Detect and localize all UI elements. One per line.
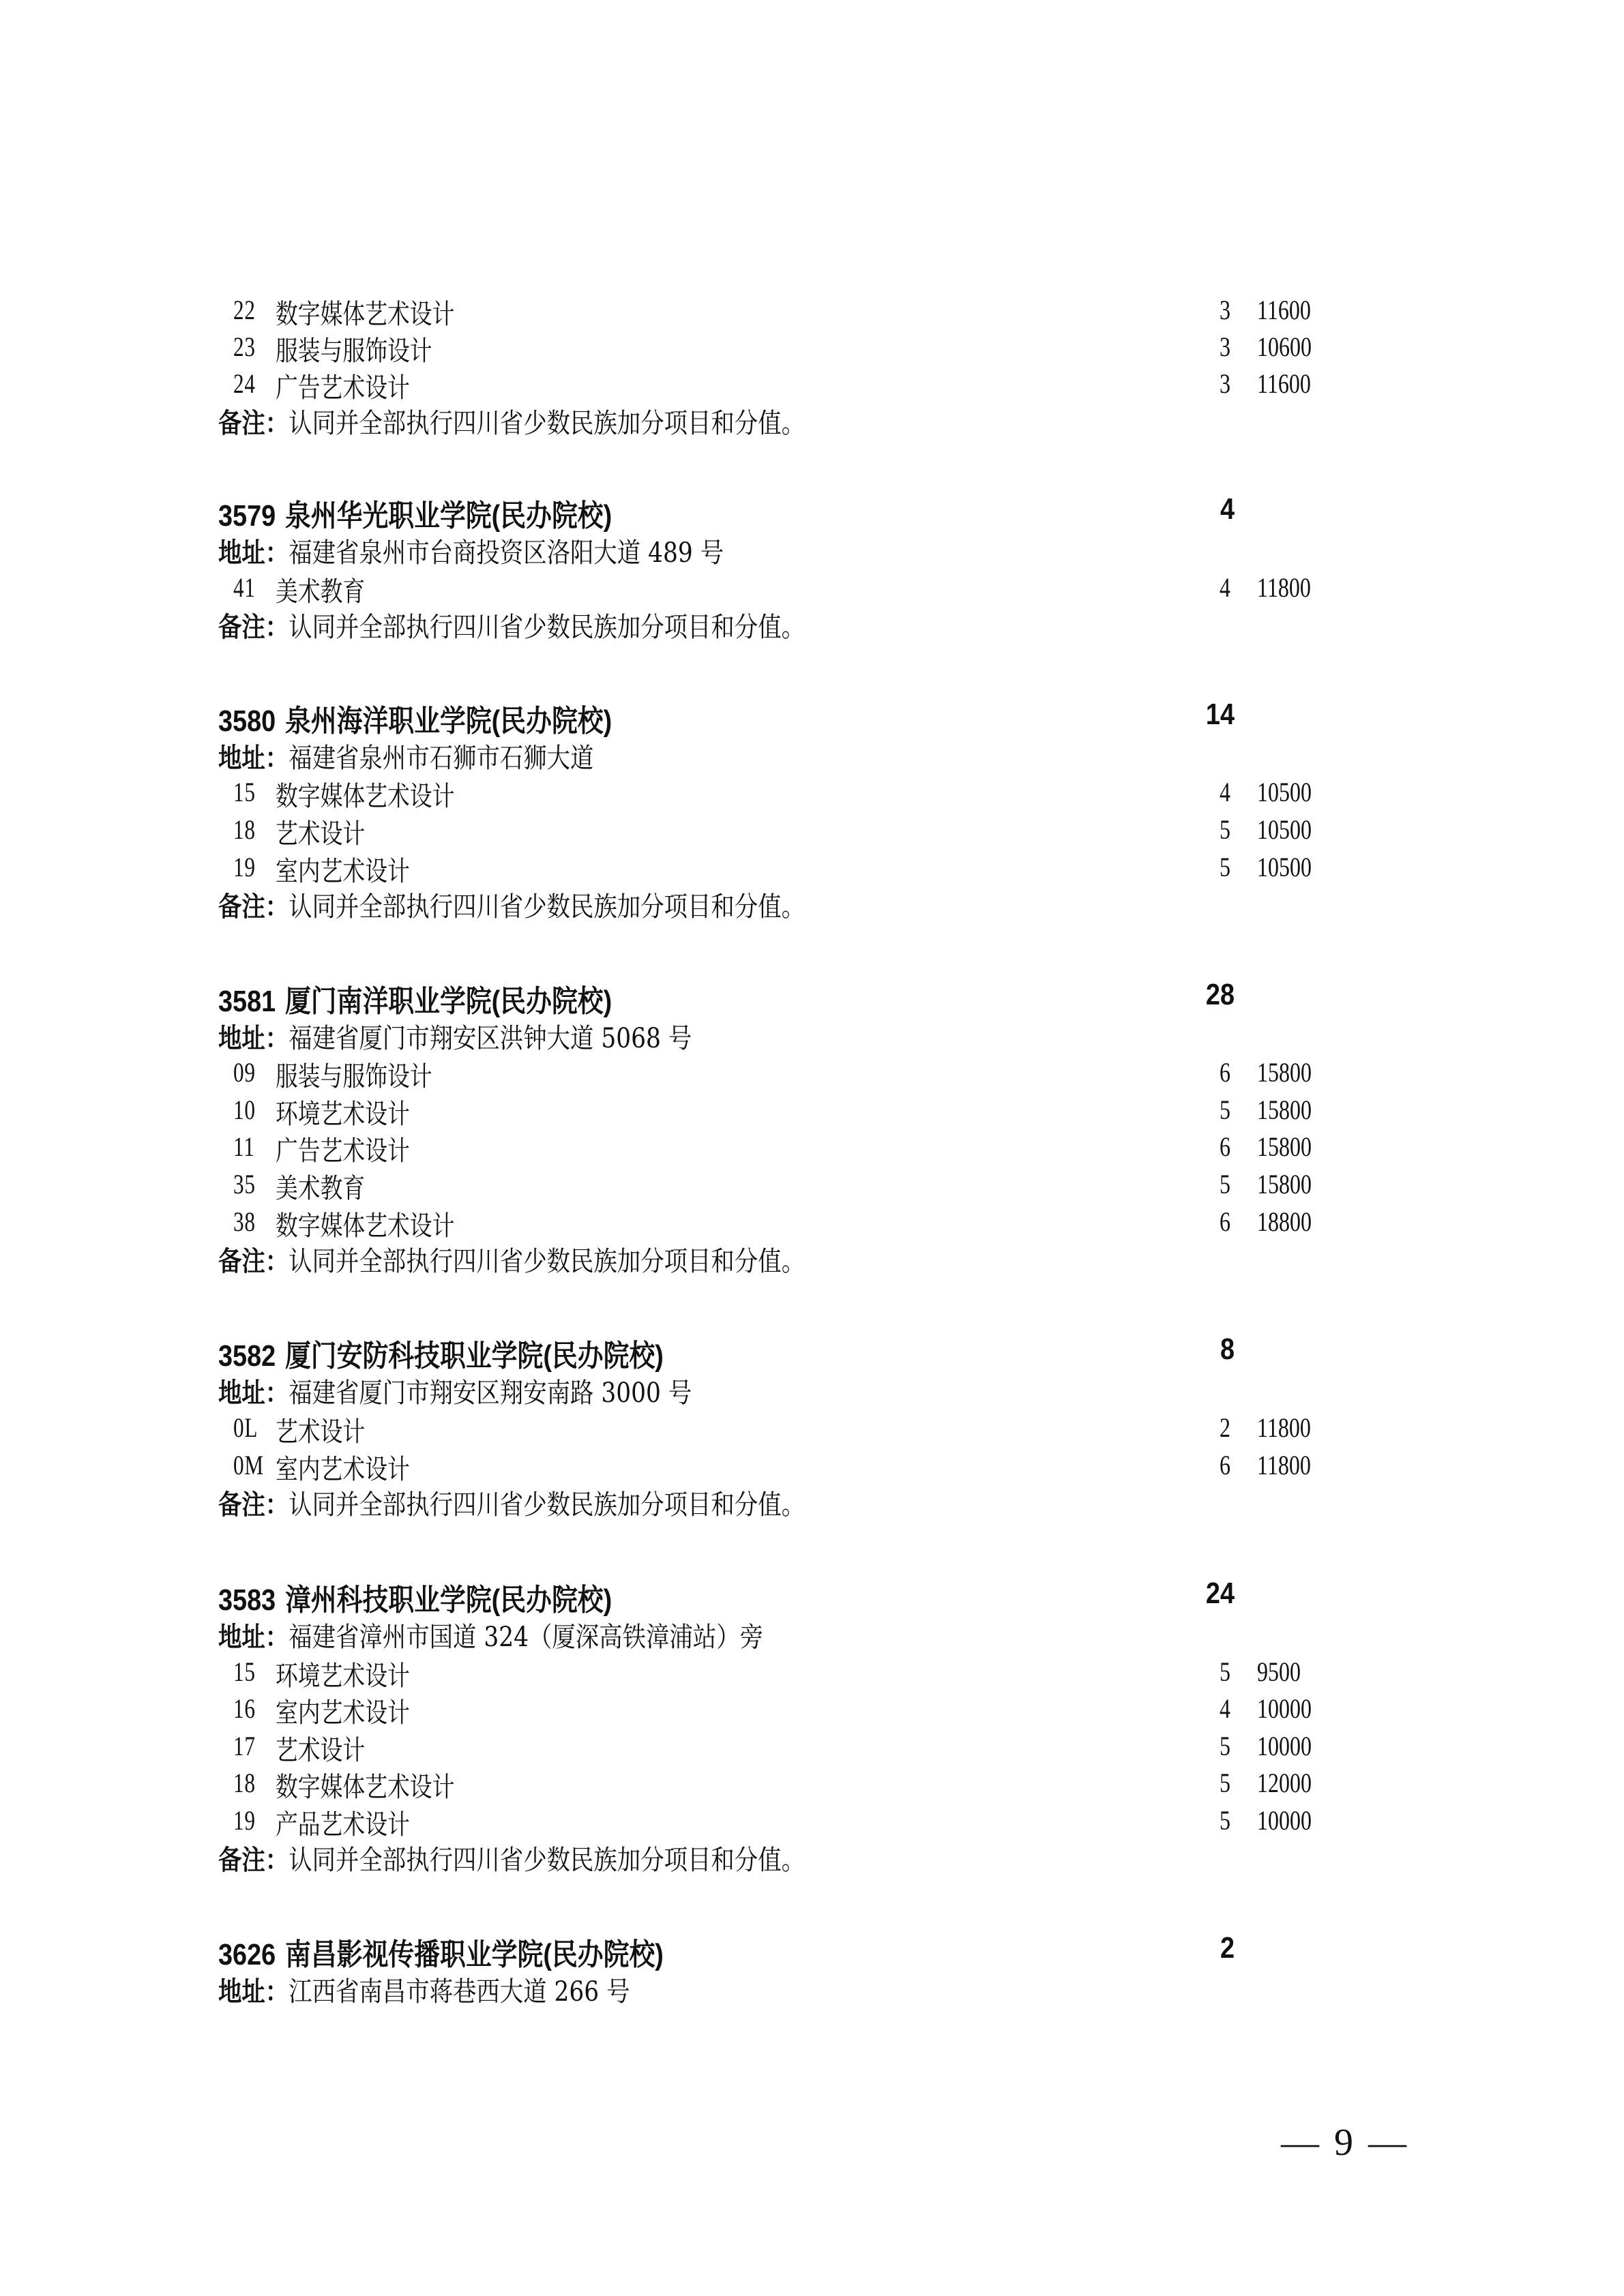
remark-label: 备注： [218,408,289,439]
major-count: 2 [1211,1412,1230,1444]
remark-text: 认同并全部执行四川省少数民族加分项目和分值。 [289,1489,805,1521]
major-code: 10 [233,1094,256,1126]
address-text: 福建省厦门市翔安区洪钟大道 5068 号 [289,1023,692,1054]
address-row: 地址：福建省厦门市翔安区翔安南路 3000 号 [0,1370,1624,1407]
major-name: 室内艺术设计 [276,1691,410,1730]
major-fee: 11600 [1257,368,1311,400]
school-name: 南昌影视传播职业学院(民办院校) [285,1938,664,1971]
major-code: 38 [233,1206,256,1238]
major-row: 22 数字媒体艺术设计 3 11600 [0,290,1624,327]
major-name: 美术教育 [276,1167,365,1206]
school-title: 3579泉州华光职业学院(民办院校) [218,491,612,535]
major-count: 5 [1211,1767,1230,1799]
remark-label: 备注： [218,1489,289,1521]
remark-label: 备注： [218,891,289,923]
school-name: 漳州科技职业学院(民办院校) [285,1583,612,1617]
school-title: 3583漳州科技职业学院(民办院校) [218,1575,612,1619]
remark-text: 认同并全部执行四川省少数民族加分项目和分值。 [289,612,805,643]
major-row: 23 服装与服饰设计 3 10600 [0,327,1624,363]
major-code: 18 [233,814,256,846]
major-code: 19 [233,1804,256,1836]
remark-text: 认同并全部执行四川省少数民族加分项目和分值。 [289,1845,805,1876]
major-row: 19 室内艺术设计 5 10500 [0,847,1624,884]
major-name: 数字媒体艺术设计 [276,775,454,814]
address: 地址：福建省漳州市国道 324（厦深高铁漳浦站）旁 [218,1615,763,1654]
major-name: 艺术设计 [276,812,365,851]
major-fee: 12000 [1257,1767,1312,1799]
address-label: 地址： [218,1023,289,1054]
remark: 备注：认同并全部执行四川省少数民族加分项目和分值。 [218,606,805,644]
major-row: 41 美术教育 4 11800 [0,567,1624,604]
major-count: 6 [1211,1206,1230,1238]
school-title: 3581厦门南洋职业学院(民办院校) [218,976,612,1020]
address-text: 江西省南昌市蒋巷西大道 266 号 [289,1976,630,2008]
remark-label: 备注： [218,1246,289,1277]
major-row: 11 广告艺术设计 6 15800 [0,1127,1624,1163]
major-count: 3 [1211,331,1230,363]
major-code: 15 [233,1656,256,1688]
major-row: 0L 艺术设计 2 11800 [0,1407,1624,1444]
major-row: 19 产品艺术设计 5 10000 [0,1800,1624,1837]
major-code: 15 [233,776,256,808]
remark-text: 认同并全部执行四川省少数民族加分项目和分值。 [289,891,805,923]
remark-text: 认同并全部执行四川省少数民族加分项目和分值。 [289,1246,805,1277]
major-fee: 10000 [1257,1804,1312,1836]
major-code: 16 [233,1693,256,1725]
school-title: 3582厦门安防科技职业学院(民办院校) [218,1331,664,1375]
school-code: 3626 [218,1938,276,1971]
major-fee: 15800 [1257,1168,1312,1200]
school-total: 2 [1182,1931,1235,1965]
major-name: 产品艺术设计 [276,1803,410,1842]
address-label: 地址： [218,1377,289,1409]
page-number: — 9 — [1281,2121,1409,2164]
school-name: 厦门安防科技职业学院(民办院校) [285,1339,664,1373]
major-name: 数字媒体艺术设计 [276,1204,454,1243]
address-text: 福建省漳州市国道 324（厦深高铁漳浦站）旁 [289,1622,763,1653]
major-row: 18 数字媒体艺术设计 5 12000 [0,1763,1624,1800]
remark: 备注：认同并全部执行四川省少数民族加分项目和分值。 [218,1240,805,1279]
remark-row: 备注：认同并全部执行四川省少数民族加分项目和分值。 [0,1837,1624,1874]
major-fee: 15800 [1257,1056,1312,1088]
remark-label: 备注： [218,612,289,643]
major-code: 19 [233,851,256,883]
major-fee: 15800 [1257,1131,1312,1163]
major-code: 18 [233,1767,256,1799]
major-name: 室内艺术设计 [276,1448,410,1487]
address: 地址：福建省泉州市石狮市石狮大道 [218,736,593,775]
major-code: 09 [233,1056,256,1088]
address-label: 地址： [218,743,289,774]
major-count: 4 [1211,776,1230,808]
major-row: 38 数字媒体艺术设计 6 18800 [0,1202,1624,1238]
major-code: 41 [233,571,256,603]
major-name: 艺术设计 [276,1729,365,1768]
remark: 备注：认同并全部执行四川省少数民族加分项目和分值。 [218,1838,805,1877]
major-code: 24 [233,368,256,400]
remark: 备注：认同并全部执行四川省少数民族加分项目和分值。 [218,885,805,924]
major-row: 24 广告艺术设计 3 11600 [0,363,1624,400]
major-name: 美术教育 [276,570,365,609]
major-count: 5 [1211,1804,1230,1836]
address-row: 地址：福建省泉州市台商投资区洛阳大道 489 号 [0,530,1624,567]
major-fee: 11600 [1257,294,1311,326]
major-name: 服装与服饰设计 [276,1055,432,1094]
major-name: 环境艺术设计 [276,1654,410,1693]
school-title: 3580泉州海洋职业学院(民办院校) [218,696,612,740]
school-header: 3626南昌影视传播职业学院(民办院校) 2 [0,1930,1624,1967]
major-row: 15 环境艺术设计 5 9500 [0,1652,1624,1688]
major-row: 0M 室内艺术设计 6 11800 [0,1445,1624,1482]
major-count: 3 [1211,294,1230,326]
address-row: 地址：福建省漳州市国道 324（厦深高铁漳浦站）旁 [0,1614,1624,1651]
major-row: 09 服装与服饰设计 6 15800 [0,1052,1624,1089]
major-code: 0L [233,1412,258,1444]
school-header: 3581厦门南洋职业学院(民办院校) 28 [0,976,1624,1013]
major-row: 10 环境艺术设计 5 15800 [0,1090,1624,1127]
school-name: 厦门南洋职业学院(民办院校) [285,985,612,1018]
major-count: 6 [1211,1449,1230,1481]
remark-text: 认同并全部执行四川省少数民族加分项目和分值。 [289,408,805,439]
school-header: 3582厦门安防科技职业学院(民办院校) 8 [0,1331,1624,1368]
school-name: 泉州海洋职业学院(民办院校) [285,704,612,738]
major-count: 3 [1211,368,1230,400]
major-name: 广告艺术设计 [276,1129,410,1168]
major-row: 17 艺术设计 5 10000 [0,1726,1624,1763]
major-code: 0M [233,1449,264,1481]
address: 地址：福建省泉州市台商投资区洛阳大道 489 号 [218,531,724,570]
major-fee: 18800 [1257,1206,1312,1238]
school-code: 3583 [218,1583,276,1617]
major-code: 22 [233,294,256,326]
major-count: 5 [1211,1730,1230,1762]
school-total: 8 [1182,1332,1235,1367]
school-code: 3581 [218,985,276,1018]
school-header: 3579泉州华光职业学院(民办院校) 4 [0,491,1624,528]
address-label: 地址： [218,1622,289,1653]
major-name: 数字媒体艺术设计 [276,1765,454,1804]
remark-row: 备注：认同并全部执行四川省少数民族加分项目和分值。 [0,604,1624,641]
address-text: 福建省泉州市石狮市石狮大道 [289,743,593,774]
school-total: 24 [1182,1577,1235,1611]
school-header: 3583漳州科技职业学院(民办院校) 24 [0,1575,1624,1612]
address: 地址：江西省南昌市蒋巷西大道 266 号 [218,1970,630,2009]
major-count: 4 [1211,571,1230,603]
school-code: 3580 [218,704,276,738]
major-code: 35 [233,1168,256,1200]
remark-row: 备注：认同并全部执行四川省少数民族加分项目和分值。 [0,400,1624,437]
major-fee: 15800 [1257,1094,1312,1126]
major-fee: 10500 [1257,851,1312,883]
remark-label: 备注： [218,1845,289,1876]
major-code: 23 [233,331,256,363]
school-code: 3582 [218,1339,276,1373]
major-row: 18 艺术设计 5 10500 [0,809,1624,846]
school-total: 14 [1182,698,1235,732]
address-label: 地址： [218,537,289,569]
address: 地址：福建省厦门市翔安区洪钟大道 5068 号 [218,1017,692,1056]
major-count: 5 [1211,1094,1230,1126]
major-row: 15 数字媒体艺术设计 4 10500 [0,772,1624,809]
major-fee: 10600 [1257,331,1312,363]
remark: 备注：认同并全部执行四川省少数民族加分项目和分值。 [218,402,805,441]
major-count: 5 [1211,1168,1230,1200]
major-code: 17 [233,1730,256,1762]
remark-row: 备注：认同并全部执行四川省少数民族加分项目和分值。 [0,884,1624,921]
major-name: 广告艺术设计 [276,366,410,405]
school-name: 泉州华光职业学院(民办院校) [285,499,612,533]
major-name: 环境艺术设计 [276,1092,410,1131]
remark-row: 备注：认同并全部执行四川省少数民族加分项目和分值。 [0,1482,1624,1519]
major-fee: 11800 [1257,1412,1311,1444]
address: 地址：福建省厦门市翔安区翔安南路 3000 号 [218,1371,692,1410]
address-row: 地址：福建省厦门市翔安区洪钟大道 5068 号 [0,1015,1624,1052]
major-fee: 11800 [1257,1449,1311,1481]
address-text: 福建省厦门市翔安区翔安南路 3000 号 [289,1377,692,1409]
major-fee: 10500 [1257,776,1312,808]
major-fee: 10000 [1257,1693,1312,1725]
major-count: 5 [1211,814,1230,846]
remark: 备注：认同并全部执行四川省少数民族加分项目和分值。 [218,1483,805,1522]
school-total: 28 [1182,978,1235,1012]
school-header: 3580泉州海洋职业学院(民办院校) 14 [0,696,1624,733]
major-fee: 9500 [1257,1656,1301,1688]
address-text: 福建省泉州市台商投资区洛阳大道 489 号 [289,537,724,569]
major-fee: 10500 [1257,814,1312,846]
major-fee: 10000 [1257,1730,1312,1762]
major-count: 5 [1211,1656,1230,1688]
major-count: 4 [1211,1693,1230,1725]
address-row: 地址：江西省南昌市蒋巷西大道 266 号 [0,1969,1624,2006]
major-name: 数字媒体艺术设计 [276,293,454,331]
major-row: 16 室内艺术设计 4 10000 [0,1688,1624,1725]
major-name: 室内艺术设计 [276,850,410,889]
major-count: 6 [1211,1056,1230,1088]
school-title: 3626南昌影视传播职业学院(民办院校) [218,1930,664,1973]
major-count: 5 [1211,851,1230,883]
school-code: 3579 [218,499,276,533]
major-fee: 11800 [1257,571,1311,603]
major-name: 艺术设计 [276,1410,365,1449]
major-code: 11 [233,1131,255,1163]
major-row: 35 美术教育 5 15800 [0,1164,1624,1201]
major-name: 服装与服饰设计 [276,329,432,368]
remark-row: 备注：认同并全部执行四川省少数民族加分项目和分值。 [0,1238,1624,1275]
document-page: 22 数字媒体艺术设计 3 11600 23 服装与服饰设计 3 10600 2… [0,0,1624,2296]
school-total: 4 [1182,492,1235,526]
major-count: 6 [1211,1131,1230,1163]
address-row: 地址：福建省泉州市石狮市石狮大道 [0,735,1624,772]
address-label: 地址： [218,1976,289,2008]
